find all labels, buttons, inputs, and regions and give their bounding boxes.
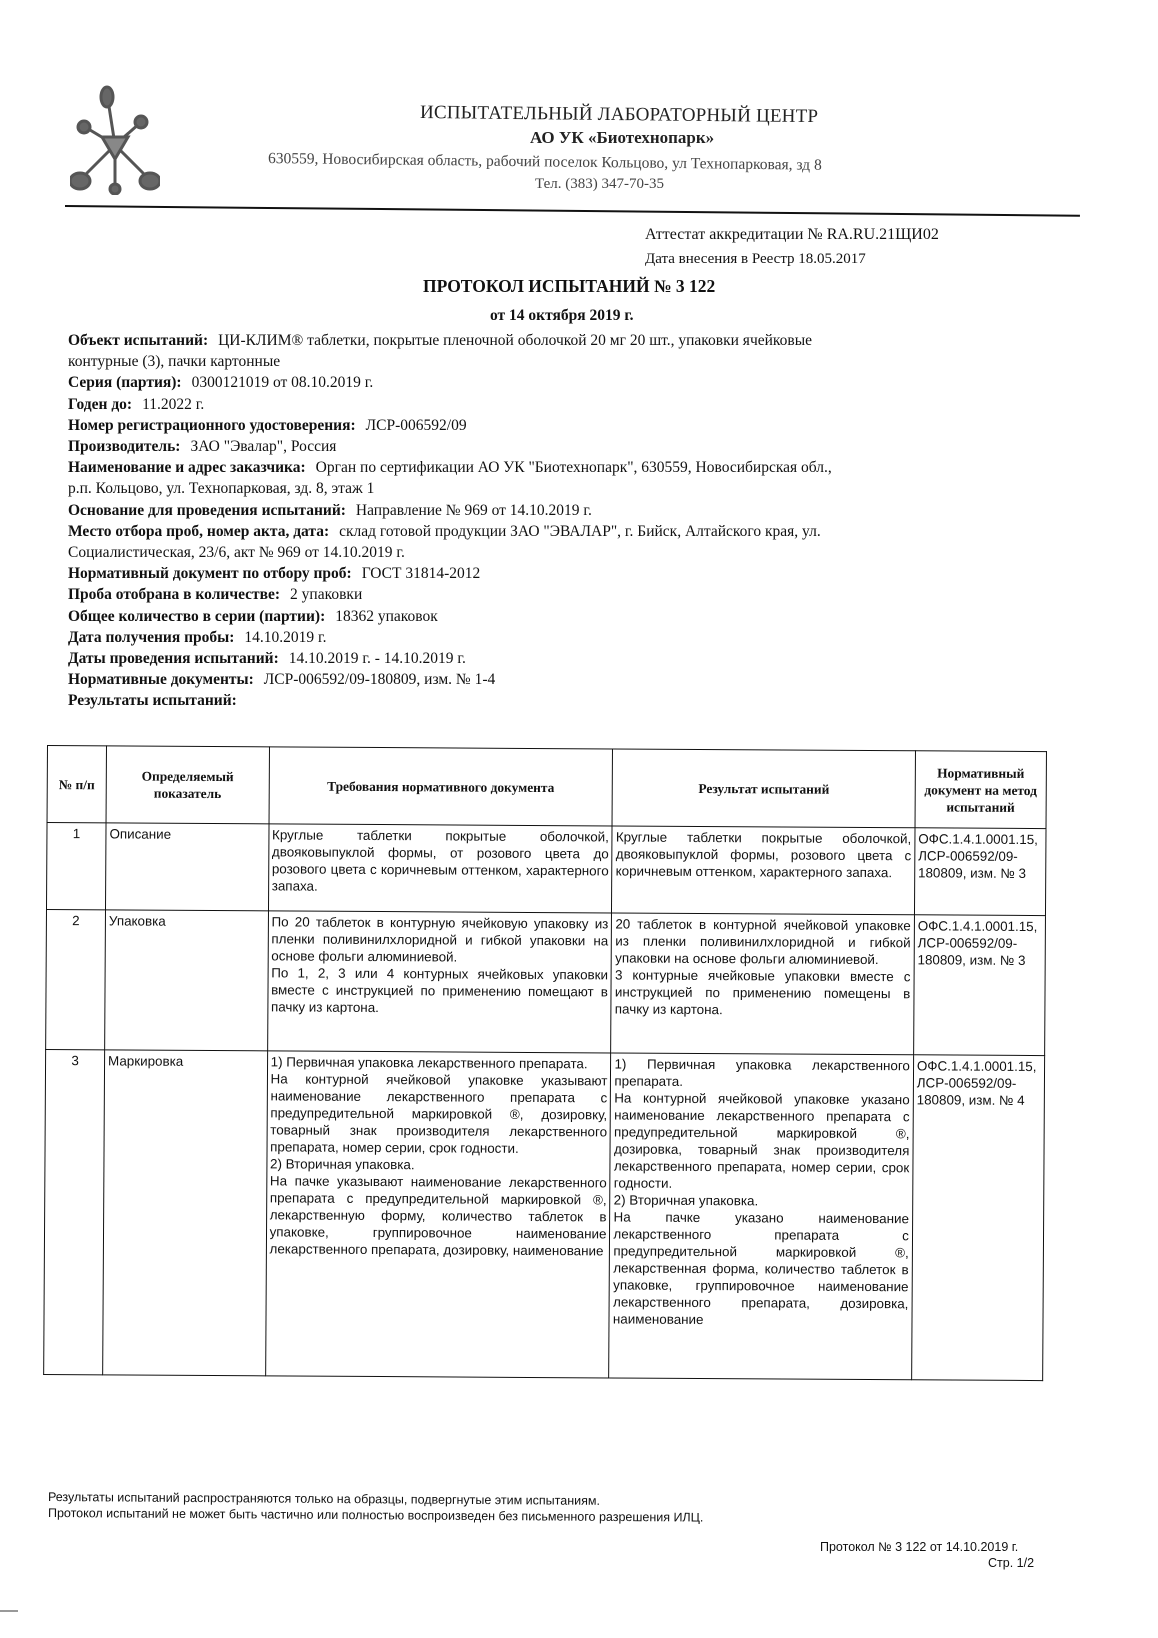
field-value: 14.10.2019 г. - 14.10.2019 г. [289,650,466,667]
table-row: 3 Маркировка 1) Первичная упаковка лекар… [44,1049,1045,1380]
row-number: 3 [44,1049,105,1374]
footer-note-scope: Результаты испытаний распространяются то… [48,1490,600,1508]
registry-date: Дата внесения в Реестр 18.05.2017 [645,251,866,268]
field-customer: Наименование и адрес заказчика:Орган по … [68,457,968,478]
field-continuation: р.п. Кольцово, ул. Технопарковая, зд. 8,… [68,478,968,499]
field-results-heading: Результаты испытаний: [68,690,968,711]
field-value: 2 упаковки [290,586,362,603]
table-row: 1 Описание Круглые таблетки покрытые обо… [46,823,1046,916]
field-value: ЗАО "Эвалар", Россия [190,438,336,455]
table-row: 2 Упаковка По 20 таблеток в контурную яч… [46,910,1046,1056]
field-value: Орган по сертификации АО УК "Биотехнопар… [316,459,832,476]
result-text: 20 таблеток в контурной ячейковой упаков… [615,915,911,968]
field-label: Объект испытаний: [68,332,208,349]
org-phone: Тел. (383) 347-70-35 [535,176,664,193]
protocol-date: от 14 октября 2019 г. [490,307,634,325]
field-value: ГОСТ 31814-2012 [362,565,481,582]
col-header-number: № п/п [47,746,106,823]
row-requirement: 1) Первичная упаковка лекарственного пре… [265,1051,611,1378]
row-indicator: Описание [106,823,269,911]
field-normative-docs: Нормативные документы:ЛСР-006592/09-1808… [68,669,968,690]
protocol-title: ПРОТОКОЛ ИСПЫТАНИЙ № 3 122 [423,276,715,297]
org-address: 630559, Новосибирская область, рабочий п… [268,150,822,175]
col-header-method: Нормативный документ на метод испытаний [915,751,1047,829]
field-label: Результаты испытаний: [68,692,237,709]
field-receipt-date: Дата получения пробы:14.10.2019 г. [68,627,968,648]
row-method: ОФС.1.4.1.0001.15, ЛСР-006592/09-180809,… [911,1055,1044,1381]
field-manufacturer: Производитель:ЗАО "Эвалар", Россия [68,436,968,457]
page-number: Стр. 1/2 [988,1556,1034,1570]
field-continuation: Социалистическая, 23/6, акт № 969 от 14.… [68,542,968,563]
row-indicator: Маркировка [103,1050,268,1376]
requirement-text: 1) Первичная упаковка лекарственного пре… [271,1053,608,1072]
row-result: 20 таблеток в контурной ячейковой упаков… [611,913,914,1055]
col-header-indicator: Определяемый показатель [106,746,269,824]
field-label: Проба отобрана в количестве: [68,586,280,603]
field-label: Место отбора проб, номер акта, дата: [68,523,329,540]
scan-artifact [0,1610,18,1612]
field-expiry: Годен до:11.2022 г. [68,394,968,415]
col-header-requirement: Требования нормативного документа [269,747,613,826]
field-sampling-standard: Нормативный документ по отбору проб:ГОСТ… [68,563,968,584]
col-header-result: Результат испытаний [612,749,915,828]
footer-note-reproduction: Протокол испытаний не может быть частичн… [48,1506,703,1525]
field-label: Наименование и адрес заказчика: [68,459,306,476]
header-divider [65,205,1080,217]
results-table: № п/п Определяемый показатель Требования… [43,745,1047,1381]
result-text: На пачке указано наименование лекарствен… [613,1208,909,1329]
field-label: Общее количество в серии (партии): [68,608,325,625]
field-value: склад готовой продукции ЗАО "ЭВАЛАР", г.… [339,523,821,540]
field-value: 11.2022 г. [142,396,204,413]
protocol-fields: Объект испытаний:ЦИ-КЛИМ® таблетки, покр… [68,330,968,712]
requirement-text: 2) Вторичная упаковка. [270,1155,607,1174]
row-result: Круглые таблетки покрытые оболочкой, дво… [612,826,915,915]
row-method: ОФС.1.4.1.0001.15, ЛСР-006592/09-180809,… [913,915,1045,1056]
requirement-text: На пачке указывают наименование лекарств… [269,1172,606,1259]
field-registration-number: Номер регистрационного удостоверения:ЛСР… [68,415,968,436]
field-sampling-place: Место отбора проб, номер акта, дата:скла… [68,521,968,542]
field-test-dates: Даты проведения испытаний:14.10.2019 г. … [68,648,968,669]
field-value: ЦИ-КЛИМ® таблетки, покрытые пленочной об… [218,332,812,349]
requirement-text: По 20 таблеток в контурную ячейковую упа… [271,913,608,966]
field-test-object: Объект испытаний:ЦИ-КЛИМ® таблетки, покр… [68,330,968,351]
field-value: ЛСР-006592/09 [366,417,467,434]
field-value: 0300121019 от 08.10.2019 г. [192,374,374,391]
row-indicator: Упаковка [105,910,268,1051]
row-number: 2 [46,910,106,1050]
field-label: Нормативный документ по отбору проб: [68,565,352,582]
row-method: ОФС.1.4.1.0001.15, ЛСР-006592/09-180809,… [914,828,1046,916]
result-text: Круглые таблетки покрытые оболочкой, дво… [616,828,912,881]
requirement-text: Круглые таблетки покрытые оболочкой, дво… [272,826,609,896]
footer-protocol-ref: Протокол № 3 122 от 14.10.2019 г. [820,1540,1018,1554]
molecule-logo-icon [70,85,160,195]
result-text: 2) Вторичная упаковка. [614,1191,909,1210]
field-continuation: контурные (3), пачки картонные [68,351,968,372]
field-value: Направление № 969 от 14.10.2019 г. [356,502,592,519]
field-label: Дата получения пробы: [68,629,234,646]
field-batch: Серия (партия):0300121019 от 08.10.2019 … [68,372,968,393]
org-name: ИСПЫТАТЕЛЬНЫЙ ЛАБОРАТОРНЫЙ ЦЕНТР [420,102,818,128]
field-label: Нормативные документы: [68,671,254,688]
field-label: Годен до: [68,396,132,413]
field-label: Даты проведения испытаний: [68,650,279,667]
field-label: Номер регистрационного удостоверения: [68,417,356,434]
row-requirement: По 20 таблеток в контурную ячейковую упа… [267,911,612,1053]
field-label: Основание для проведения испытаний: [68,502,346,519]
org-subtitle: АО УК «Биотехнопарк» [530,128,714,148]
table-header-row: № п/п Определяемый показатель Требования… [47,746,1046,829]
field-value: 14.10.2019 г. [244,629,326,646]
row-result: 1) Первичная упаковка лекарственного пре… [609,1053,913,1380]
accreditation-certificate: Аттестат аккредитации № RA.RU.21ЩИ02 [645,226,939,244]
row-requirement: Круглые таблетки покрытые оболочкой, дво… [268,824,612,913]
requirement-text: По 1, 2, 3 или 4 контурных ячейковых упа… [271,964,608,1017]
result-text: 3 контурные ячейковые упаковки вместе с … [615,966,911,1019]
field-value: 18362 упаковок [335,608,438,625]
field-label: Производитель: [68,438,180,455]
field-test-basis: Основание для проведения испытаний:Напра… [68,500,968,521]
field-sample-quantity: Проба отобрана в количестве:2 упаковки [68,584,968,605]
row-number: 1 [46,823,106,910]
field-value: ЛСР-006592/09-180809, изм. № 1-4 [264,671,495,688]
field-batch-total: Общее количество в серии (партии):18362 … [68,606,968,627]
result-text: 1) Первичная упаковка лекарственного пре… [614,1055,910,1091]
field-label: Серия (партия): [68,374,182,391]
requirement-text: На контурной ячейковой упаковке указываю… [270,1070,607,1157]
result-text: На контурной ячейковой упаковке указано … [614,1089,910,1193]
